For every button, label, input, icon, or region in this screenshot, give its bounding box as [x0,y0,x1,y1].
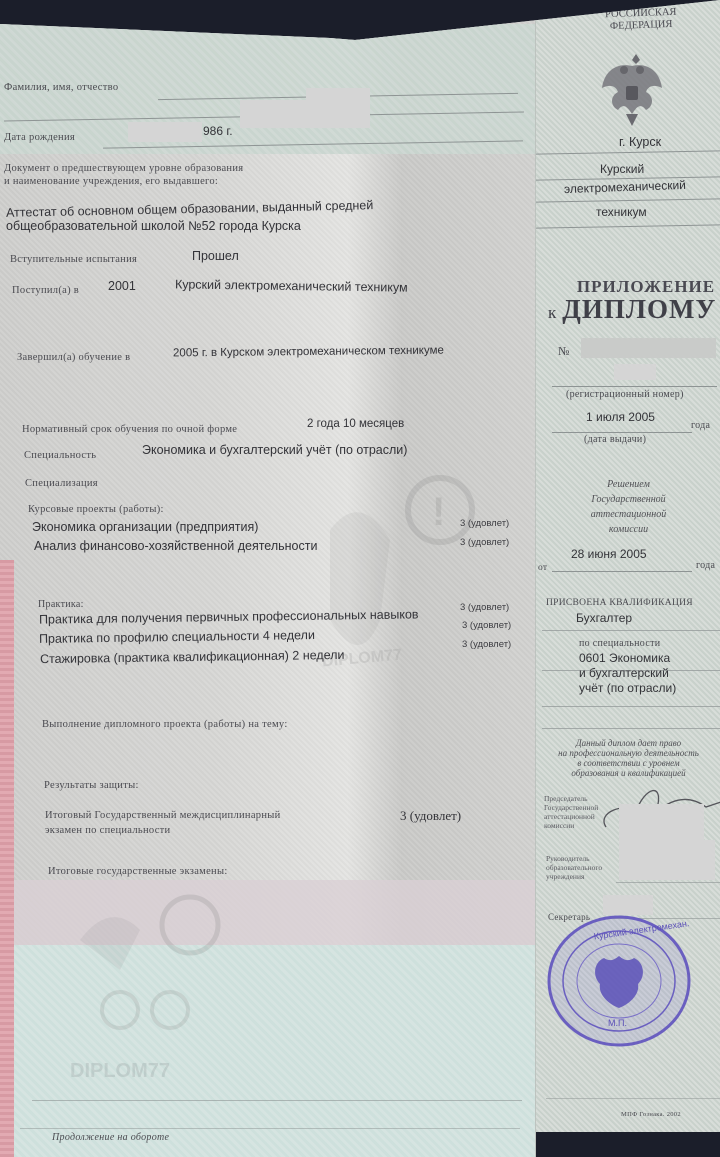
reg-number-caption: (регистрационный номер) [566,389,684,400]
specialty-value: Экономика и бухгалтерский учёт (по отрас… [142,443,407,457]
prior-doc-value: общеобразовательной школой №52 города Ку… [6,219,301,233]
term-label: Нормативный срок обучения по очной форме [22,424,237,435]
chair-signature-label: Председатель Государственной аттестацион… [544,794,598,830]
practice-name: Стажировка (практика квалификационная) 2… [40,648,345,666]
practice-name: Практика по профилю специальности 4 неде… [39,628,315,646]
course-project-name: Экономика организации (предприятия) [32,520,258,534]
course-project-grade: 3 (удовлет) [460,518,509,529]
svg-text:!: ! [432,490,445,534]
head-label-line: образовательного [546,863,602,872]
decision-date: 28 июня 2005 [571,547,647,561]
prior-doc-label: и наименование учреждения, его выдавшего… [4,176,218,187]
specialty-line: учёт (по отрасли) [579,681,676,695]
chair-label-line: аттестационной [544,812,598,821]
redacted-reg-number [614,364,656,380]
watermark-text: DIPLOM77 [70,1060,170,1083]
redacted-full-name [240,100,370,128]
finished-label: Завершил(а) обучение в [17,352,130,363]
qualification-label: ПРИСВОЕНА КВАЛИФИКАЦИЯ [546,598,693,608]
birth-date-label: Дата рождения [4,132,75,143]
pink-edge [0,560,14,1157]
bottom-shadow [536,1132,720,1157]
title-main: ДИПЛОМУ [562,294,716,324]
from-word: от [538,563,547,573]
entrance-label: Вступительные испытания [10,254,137,265]
official-stamp-icon: Курский электромехан. М.П. [544,912,694,1050]
country-name: РОССИЙСКАЯ ФЕДЕРАЦИЯ [586,6,697,34]
chair-label-line: комиссии [544,821,598,830]
head-label-line: учреждения [546,872,602,881]
prior-doc-label: Документ о предшествующем уровне образов… [4,163,243,174]
head-signature-label: Руководитель образовательного учреждения [546,854,602,881]
institution-name: техникум [596,205,647,219]
chair-label-line: Председатель [544,794,598,803]
city: г. Курск [619,135,661,149]
decision-text: Государственной [536,494,720,505]
rights-text: Данный диплом дает право [536,738,720,748]
redacted-signatures [619,840,715,880]
decision-text: аттестационной [536,509,720,520]
thesis-label: Выполнение дипломного проекта (работы) н… [42,719,288,730]
decision-text: комиссии [536,524,720,535]
practice-grade: 3 (удовлет) [462,639,511,650]
year-word: года [691,420,710,431]
course-project-grade: 3 (удовлет) [460,537,509,548]
course-projects-label: Курсовые проекты (работы): [28,504,164,515]
decision-text: Решением [536,479,720,490]
by-specialty-label: по специальности [579,638,660,649]
document-title-line-2: кДИПЛОМУ [548,294,716,325]
enrolled-year: 2001 [108,279,136,293]
document-photo: ! DIPLOM77 DIPLOM77 Фамилия, имя, отчест… [0,0,720,1157]
practice-grade: 3 (удовлет) [462,620,511,631]
specialty-label: Специальность [24,450,96,461]
title-prefix: к [548,303,556,322]
final-exam-grade: 3 (удовлет) [400,808,461,824]
practice-grade: 3 (удовлет) [460,602,509,613]
redacted-diploma-number [581,338,716,358]
watermark-face-icon [60,890,240,1060]
country-name-line: ФЕДЕРАЦИЯ [586,18,696,34]
rights-text: в соответствии с уровнем [536,758,720,768]
rights-text: на профессиональную деятельность [536,748,720,758]
defense-results-label: Результаты защиты: [44,780,139,791]
practice-label: Практика: [38,599,84,610]
course-project-name: Анализ финансово-хозяйственной деятельно… [34,539,317,553]
left-page: ! DIPLOM77 DIPLOM77 Фамилия, имя, отчест… [0,0,535,1157]
finished-value: 2005 г. в Курском электромеханическом те… [173,345,444,360]
specialty-line: и бухгалтерский [579,666,669,680]
issue-date-caption: (дата выдачи) [584,434,646,445]
issue-date: 1 июля 2005 [586,410,655,424]
qualification-value: Бухгалтер [576,611,632,625]
coat-of-arms-icon [596,52,668,130]
term-value: 2 года 10 месяцев [307,418,404,430]
final-exams-label: Итоговые государственные экзамены: [48,866,228,877]
final-exam-label: экзамен по специальности [45,825,170,836]
year-word: года [696,560,715,571]
right-page: РОССИЙСКАЯ ФЕДЕРАЦИЯ г. Курск Курский эл… [535,0,720,1157]
stamp-initials: М.П. [608,1018,627,1028]
birth-date-value: 986 г. [203,124,233,138]
institution-name: электромеханический [564,178,686,196]
enrolled-label: Поступил(а) в [12,285,79,296]
specialty-line: 0601 Экономика [579,651,670,665]
chair-label-line: Государственной [544,803,598,812]
redacted-full-name [306,88,370,102]
specialization-label: Специализация [25,478,98,489]
head-label-line: Руководитель [546,854,602,863]
final-exam-label: Итоговый Государственный междисциплинарн… [45,810,281,821]
prior-doc-value: Аттестат об основном общем образовании, … [6,198,374,220]
redacted-birth-date [128,122,202,142]
entrance-value: Прошел [192,249,239,263]
institution-name: Курский [600,162,644,176]
rights-text: образования и квалификацией [536,768,720,778]
full-name-label: Фамилия, имя, отчество [4,82,118,93]
continuation-note: Продолжение на обороте [52,1132,169,1143]
number-label: № [558,344,570,359]
enrolled-institution: Курский электромеханический техникум [175,277,408,294]
printer-note: МПФ Гознака. 2002 [621,1111,681,1118]
